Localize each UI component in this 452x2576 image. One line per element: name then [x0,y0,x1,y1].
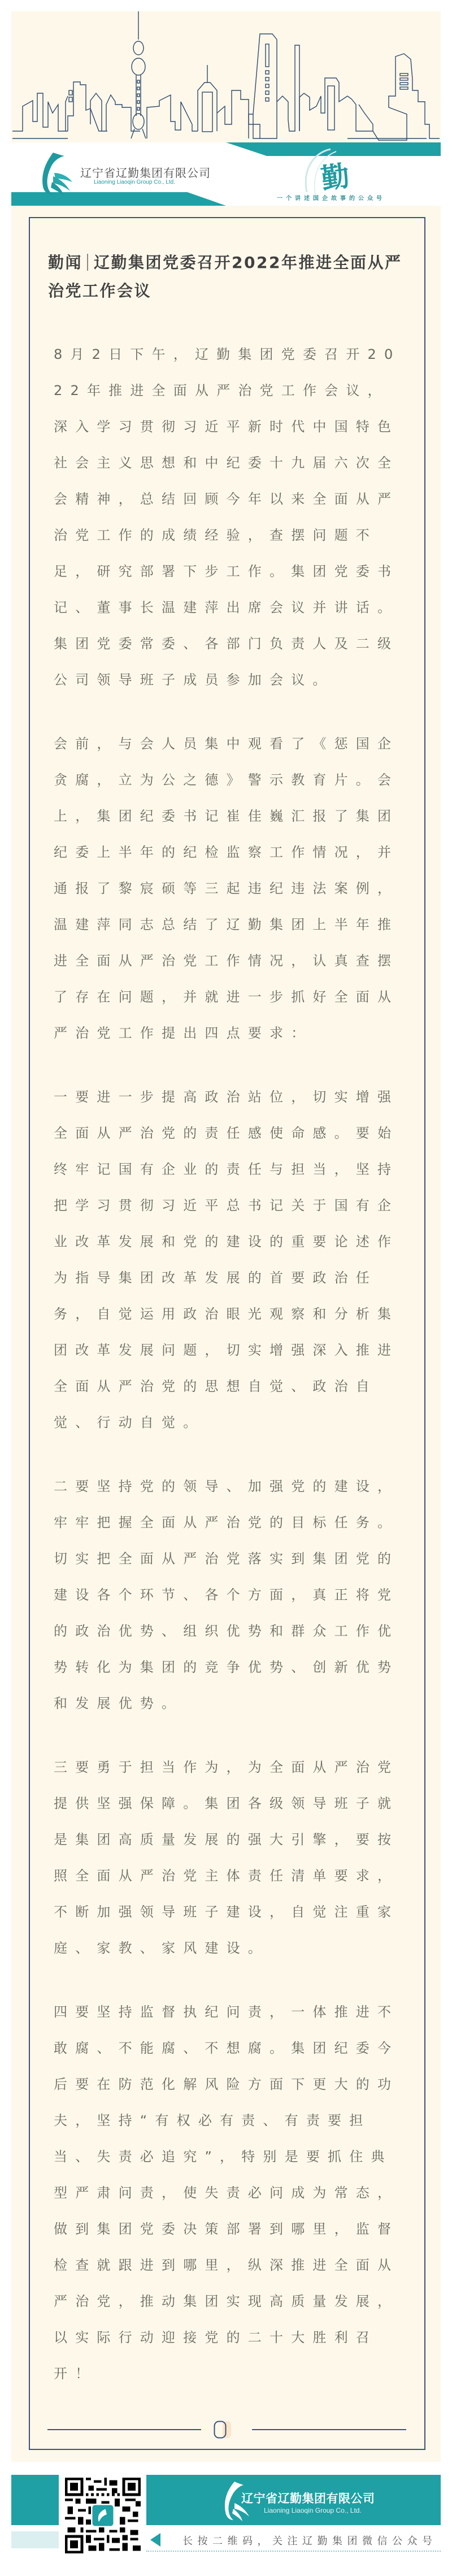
qr-follow-caption: 长按二维码，关注辽勤集团微信公众号 [182,2533,437,2548]
company-name-cn: 辽宁省辽勤集团有限公司 [80,164,211,180]
brand-calligraphy-qin: 勤 [318,153,352,197]
paragraph-meeting: 会前，与会人员集中观看了《惩国企贪腐，立为公之德》警示教育片。会上，集团纪委书记… [54,726,404,1051]
article-title: 勤闻辽勤集团党委召开2022年推进全面从严治党工作会议 [48,249,410,305]
header-logo-band: 辽宁省辽勤集团有限公司 Liaoning Liaoqin Group Co., … [11,142,441,206]
footer-light-block [11,2531,59,2548]
footer-dotted-rule [146,2551,441,2552]
end-divider-right [252,2429,406,2430]
company-name-en: Liaoning Liaoqin Group Co., Ltd. [94,179,175,185]
footer-teal-block [11,2475,59,2525]
title-main: 辽勤集团党委召开2022年推进全面从严治党工作会议 [48,253,402,300]
title-column-tag: 勤闻 [48,253,82,272]
end-divider-left [47,2429,201,2430]
footer-brand-panel: 辽宁省辽勤集团有限公司 Liaoning Liaoqin Group Co., … [146,2475,441,2525]
paragraph-requirement-1: 一要进一步提高政治站位，切实增强全面从严治党的责任感使命感。要始终牢记国有企业的… [54,1079,404,1441]
arrow-left-icon [150,2533,160,2547]
qr-code-icon [65,2477,141,2554]
paragraph-requirement-2: 二要坚持党的领导、加强党的建设，牢牢把握全面从严治党的目标任务。切实把全面从严治… [54,1468,404,1721]
divider-ornament-icon [214,2421,232,2439]
header-skyline-banner [11,11,441,142]
brand-tagline: 一个讲述国企故事的公众号 [277,193,385,202]
paragraph-requirement-3: 三要勇于担当作为，为全面从严治党提供坚强保障。集团各级领导班子就是集团高质量发展… [54,1749,404,1966]
wechat-qr-code[interactable] [65,2477,141,2554]
city-skyline-illustration [11,11,441,142]
title-separator [87,254,88,271]
article-body: 8月2日下午，辽勤集团党委召开2022年推进全面从严治党工作会议，深入学习贯彻习… [54,336,404,2392]
paragraph-intro: 8月2日下午，辽勤集团党委召开2022年推进全面从严治党工作会议，深入学习贯彻习… [54,336,404,698]
paragraph-requirement-4: 四要坚持监督执纪问责，一体推进不敢腐、不能腐、不想腐。集团纪委今后要在防范化解风… [54,1994,404,2392]
footer-company-name-cn: 辽宁省辽勤集团有限公司 [241,2490,375,2506]
footer-company-name-en: Liaoning Liaoqin Group Co., Ltd. [264,2506,362,2514]
company-phoenix-logo-icon [36,150,73,198]
